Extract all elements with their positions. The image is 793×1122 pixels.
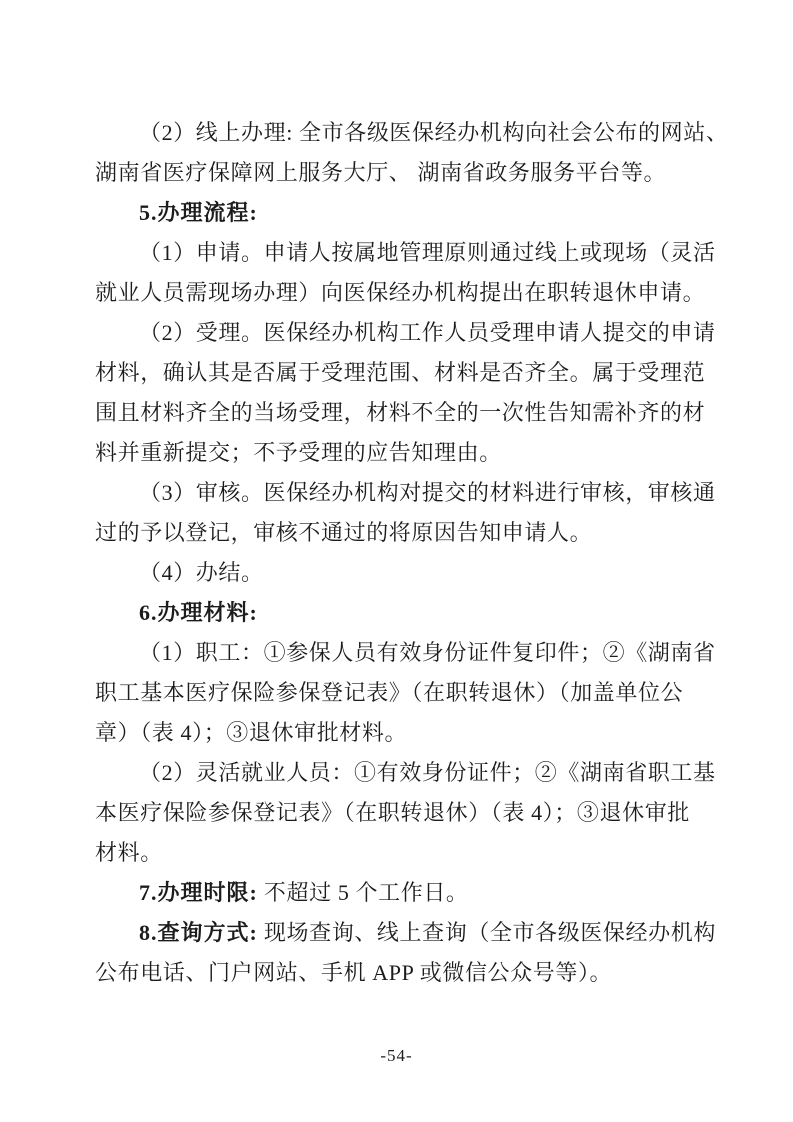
heading-run: 6.办理材料: bbox=[139, 600, 258, 625]
text-line: 材料，确认其是否属于受理范围、材料是否齐全。属于受理范 bbox=[95, 353, 707, 393]
text-run: 湖南省医疗保障网上服务大厅、 湖南省政务服务平台等。 bbox=[95, 160, 666, 185]
text-line: （2）受理。医保经办机构工作人员受理申请人提交的申请 bbox=[95, 313, 707, 353]
document-body: （2）线上办理: 全市各级医保经办机构向社会公布的网站、湖南省医疗保障网上服务大… bbox=[95, 113, 707, 993]
text-line: 湖南省医疗保障网上服务大厅、 湖南省政务服务平台等。 bbox=[95, 153, 707, 193]
heading-run: 8.查询方式: bbox=[139, 920, 258, 945]
text-line: 8.查询方式: 现场查询、线上查询（全市各级医保经办机构 bbox=[95, 913, 707, 953]
page-number: -54- bbox=[0, 1046, 793, 1066]
text-line: 职工基本医疗保险参保登记表》（在职转退休）（加盖单位公 bbox=[95, 673, 707, 713]
text-run: （2）受理。医保经办机构工作人员受理申请人提交的申请 bbox=[139, 320, 716, 345]
heading-run: 7.办理时限: bbox=[139, 880, 258, 905]
text-run: 现场查询、线上查询（全市各级医保经办机构 bbox=[258, 920, 716, 945]
text-run: （1）申请。申请人按属地管理原则通过线上或现场（灵活 bbox=[139, 240, 716, 265]
heading-run: 5.办理流程: bbox=[139, 200, 258, 225]
text-run: 过的予以登记，审核不通过的将原因告知申请人。 bbox=[95, 520, 592, 545]
text-run: （4）办结。 bbox=[139, 560, 264, 585]
text-line: 公布电话、门户网站、手机 APP 或微信公众号等）。 bbox=[95, 953, 707, 993]
text-line: 料并重新提交；不予受理的应告知理由。 bbox=[95, 433, 707, 473]
text-line: 过的予以登记，审核不通过的将原因告知申请人。 bbox=[95, 513, 707, 553]
text-line: 围且材料齐全的当场受理，材料不全的一次性告知需补齐的材 bbox=[95, 393, 707, 433]
text-line: （4）办结。 bbox=[95, 553, 707, 593]
document-page: （2）线上办理: 全市各级医保经办机构向社会公布的网站、湖南省医疗保障网上服务大… bbox=[0, 0, 793, 1122]
text-line: 章）（表 4）；③退休审批材料。 bbox=[95, 713, 707, 753]
text-run: 职工基本医疗保险参保登记表》（在职转退休）（加盖单位公 bbox=[95, 680, 683, 705]
text-run: 章）（表 4）；③退休审批材料。 bbox=[95, 720, 407, 745]
text-run: （1）职工：①参保人员有效身份证件复印件；②《湖南省 bbox=[139, 640, 716, 665]
text-run: 围且材料齐全的当场受理，材料不全的一次性告知需补齐的材 bbox=[95, 400, 705, 425]
text-run: 料并重新提交；不予受理的应告知理由。 bbox=[95, 440, 502, 465]
text-run: 材料，确认其是否属于受理范围、材料是否齐全。属于受理范 bbox=[95, 360, 705, 385]
text-run: （2）线上办理: 全市各级医保经办机构向社会公布的网站、 bbox=[139, 120, 728, 145]
text-line: 7.办理时限: 不超过 5 个工作日。 bbox=[95, 873, 707, 913]
text-line: 5.办理流程: bbox=[95, 193, 707, 233]
text-run: 公布电话、门户网站、手机 APP 或微信公众号等）。 bbox=[95, 960, 612, 985]
text-line: （1）申请。申请人按属地管理原则通过线上或现场（灵活 bbox=[95, 233, 707, 273]
text-line: 材料。 bbox=[95, 833, 707, 873]
text-line: （2）灵活就业人员：①有效身份证件；②《湖南省职工基 bbox=[95, 753, 707, 793]
text-line: 6.办理材料: bbox=[95, 593, 707, 633]
text-run: 本医疗保险参保登记表》（在职转退休）（表 4）；③退休审批 bbox=[95, 800, 690, 825]
text-line: （3）审核。医保经办机构对提交的材料进行审核，审核通 bbox=[95, 473, 707, 513]
text-line: （1）职工：①参保人员有效身份证件复印件；②《湖南省 bbox=[95, 633, 707, 673]
text-run: 材料。 bbox=[95, 840, 163, 865]
text-run: （3）审核。医保经办机构对提交的材料进行审核，审核通 bbox=[139, 480, 716, 505]
text-run: 不超过 5 个工作日。 bbox=[258, 880, 469, 905]
text-run: 就业人员需现场办理）向医保经办机构提出在职转退休申请。 bbox=[95, 280, 705, 305]
text-line: 就业人员需现场办理）向医保经办机构提出在职转退休申请。 bbox=[95, 273, 707, 313]
text-line: 本医疗保险参保登记表》（在职转退休）（表 4）；③退休审批 bbox=[95, 793, 707, 833]
text-run: （2）灵活就业人员：①有效身份证件；②《湖南省职工基 bbox=[139, 760, 716, 785]
text-line: （2）线上办理: 全市各级医保经办机构向社会公布的网站、 bbox=[95, 113, 707, 153]
